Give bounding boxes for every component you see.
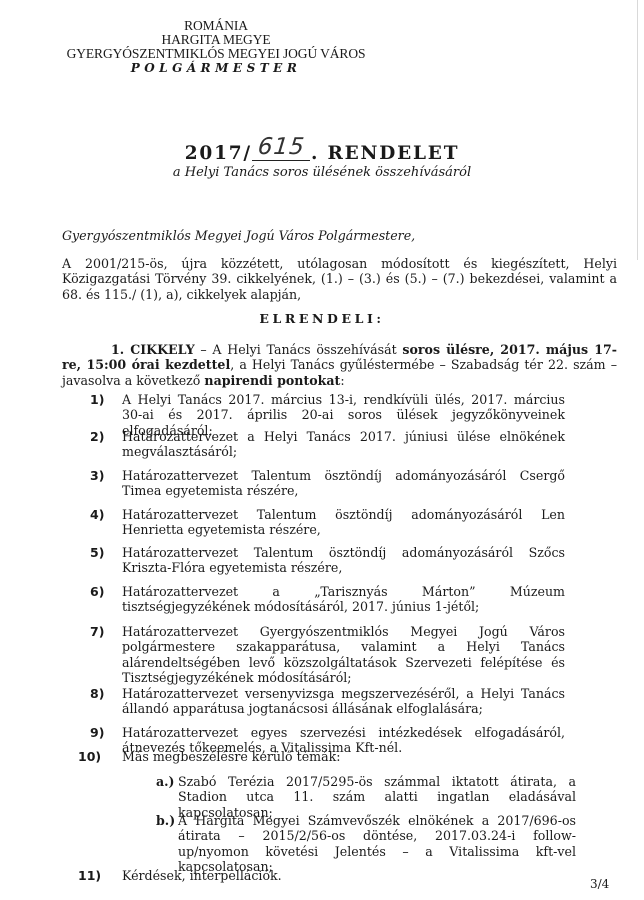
agenda-item: 11)Kérdések, interpellációk. [78,868,565,883]
agenda-item-number: 5) [90,545,104,560]
article-text: : [340,373,344,388]
article-text: – A Helyi Tanács összehívását [195,342,403,357]
decree-year: 2017/ [185,143,252,164]
agenda-item-text: Határozattervezet Talentum ösztöndíj ado… [122,545,565,576]
agenda-item: 2)Határozattervezet a Helyi Tanács 2017.… [90,429,565,460]
agenda-item-number: 6) [90,584,104,599]
agenda-item-text: Határozattervezet Talentum ösztöndíj ado… [122,507,565,538]
agenda-item-text: Határozattervezet Talentum ösztöndíj ado… [122,468,565,499]
agenda-item: 5)Határozattervezet Talentum ösztöndíj a… [90,545,565,576]
letterhead: ROMÁNIA HARGITA MEGYE GYERGYÓSZENTMIKLÓS… [62,19,370,75]
agenda-item-number: 2) [90,429,104,444]
agenda-item-text: Határozattervezet versenyvizsga megszerv… [122,686,565,717]
decree-number-field: 615 [252,142,310,161]
legal-basis: A 2001/215-ös, újra közzétett, utólagosa… [62,256,617,302]
sub-topic-text: A Hargita Megyei Számvevőszék elnökének … [178,813,576,874]
scan-artifact-line [637,0,638,260]
agenda-item-text: Más megbeszélésre kerülő témák: [122,749,565,764]
letterhead-office: POLGÁRMESTER [62,61,370,75]
agenda-item-text: Kérdések, interpellációk. [122,868,565,883]
agenda-item-number: 7) [90,624,104,639]
letterhead-city: GYERGYÓSZENTMIKLÓS MEGYEI JOGÚ VÁROS [62,47,370,61]
agenda-item-text: Határozattervezet a „Tarisznyás Márton” … [122,584,565,615]
decree-title: 2017/615. RENDELET [0,142,644,164]
agenda-item: 8)Határozattervezet versenyvizsga megsze… [90,686,565,717]
agenda-item-number: 4) [90,507,104,522]
issuer-line: Gyergyószentmiklós Megyei Jogú Város Pol… [62,228,634,243]
agenda-item: 7)Határozattervezet Gyergyószentmiklós M… [90,624,565,685]
decree-subtitle: a Helyi Tanács soros ülésének összehívás… [0,165,644,180]
agenda-item-number: 11) [78,868,101,883]
page-number: 3/4 [590,877,609,891]
agenda-item-number: 1) [90,392,104,407]
letterhead-country: ROMÁNIA [62,19,370,33]
article-1: 1. CIKKELY – A Helyi Tanács összehívását… [62,342,617,388]
agenda-item: 6)Határozattervezet a „Tarisznyás Márton… [90,584,565,615]
sub-topic-label: b.) [156,813,175,828]
decree-type: . RENDELET [311,143,459,164]
agenda-item-text: Határozattervezet Gyergyószentmiklós Meg… [122,624,565,685]
ordering-heading: ELRENDELI: [0,311,644,326]
handwritten-number: 615 [257,134,307,160]
agenda-label: napirendi pontokat [204,373,340,388]
agenda-item-text: Határozattervezet a Helyi Tanács 2017. j… [122,429,565,460]
agenda-item-number: 10) [78,749,101,764]
article-label: 1. CIKKELY [111,342,195,357]
agenda-item-number: 9) [90,725,104,740]
agenda-item: 3)Határozattervezet Talentum ösztöndíj a… [90,468,565,499]
sub-topic-label: a.) [156,774,175,789]
agenda-item: 10)Más megbeszélésre kerülő témák: [78,749,565,764]
agenda-item-number: 8) [90,686,104,701]
letterhead-county: HARGITA MEGYE [62,33,370,47]
sub-topic: b.)A Hargita Megyei Számvevőszék elnökén… [156,813,576,874]
agenda-item: 4)Határozattervezet Talentum ösztöndíj a… [90,507,565,538]
agenda-item-number: 3) [90,468,104,483]
